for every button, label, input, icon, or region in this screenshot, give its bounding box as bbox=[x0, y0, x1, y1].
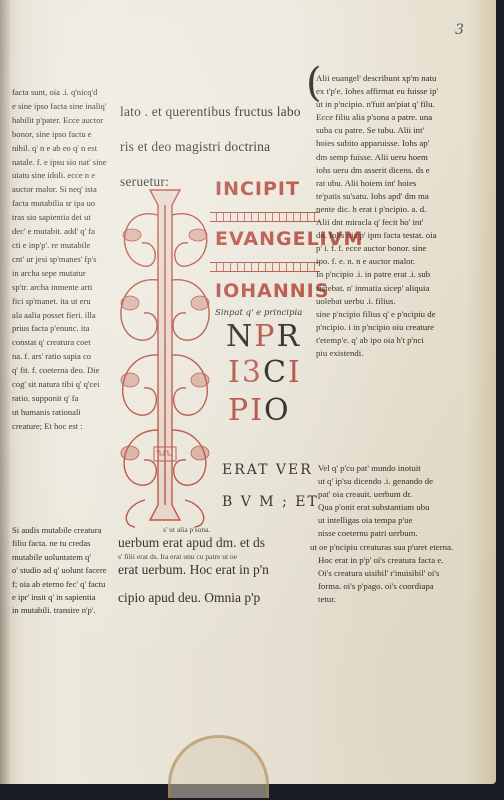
gloss-line: Ecce filiu alia p'sona a patre. una bbox=[316, 111, 492, 124]
gloss-line: piu existendi. bbox=[316, 347, 492, 360]
main-line: erat uerbum. Hoc erat in p'n bbox=[118, 561, 328, 579]
water-stain bbox=[168, 735, 269, 798]
gloss-line: te'patis su'satu. Iohs apd' dm ma bbox=[316, 190, 492, 203]
gloss-line: in archa sepe mutatur bbox=[12, 267, 116, 281]
capital-letter: P bbox=[254, 319, 276, 354]
manuscript-page: 3 facta sunt, oia .i. q'nicq'd e sine ip… bbox=[0, 0, 496, 784]
main-line: uerbum erat apud dm. et ds bbox=[118, 534, 328, 552]
decorative-band bbox=[210, 262, 320, 272]
gloss-line: forma. oi's p'pago. oi's coordiapa bbox=[318, 580, 494, 593]
gloss-line: ipo. f. e. n. n e auctor malor. bbox=[316, 255, 492, 268]
gloss-line: In p'ncipio .i. in patre erat .i. sub bbox=[316, 268, 492, 281]
gloss-line: Hoc erat in p'p' oi's creatura facta e. bbox=[318, 554, 494, 567]
gloss-line: hoies subito apparuisse. Iohs ap' bbox=[316, 137, 492, 150]
gloss-line: uolebat uerbu .i. filius. bbox=[316, 295, 492, 308]
gloss-line: facta mutabilia sr ipa uo bbox=[12, 197, 116, 211]
left-gloss-top: facta sunt, oia .i. q'nicq'd e sine ipso… bbox=[12, 86, 116, 434]
illuminated-initial-icon bbox=[110, 185, 220, 530]
gloss-line: ut in p'ncipio. n'fuit an'piat q' filu. bbox=[316, 98, 492, 111]
gloss-line: suba cu patre. Se tubu. Alii int' bbox=[316, 124, 492, 137]
gloss-line: o' studio ad q' uolunt facere bbox=[12, 564, 116, 577]
main-line: cipio apud deu. Omnia p'p bbox=[118, 589, 328, 607]
gloss-line: iohs ueru dm asserit dicens. ds e bbox=[316, 164, 492, 177]
gloss-line: t'etemp'e. q' ab ipo oia h't p'nci bbox=[316, 334, 492, 347]
interlinear-gloss: s' ut alia p'sona. bbox=[118, 525, 328, 534]
display-capitals-erat-ver: ERAT VER bbox=[222, 462, 313, 478]
capital-letter: I bbox=[228, 355, 242, 390]
gloss-line: ratio. supponit q' fa bbox=[12, 392, 116, 406]
gloss-line: ut humanis rationali bbox=[12, 406, 116, 420]
gloss-line: rat ubu. Alii hoiem int' hoies bbox=[316, 177, 492, 190]
capital-letter: I bbox=[288, 355, 302, 390]
gloss-line: prius facta p'enunc. ita bbox=[12, 322, 116, 336]
gloss-line: nisse coeternu patri uerbum. bbox=[318, 527, 494, 540]
rubric-iohannis: IOHANNIS bbox=[215, 280, 329, 302]
gloss-line: ut oe p'ncipiu creaturas sua p'uret eter… bbox=[310, 541, 494, 554]
binding-gutter bbox=[0, 0, 10, 784]
gloss-line: sine p'ncipio filius q' e p'ncipiu de bbox=[316, 308, 492, 321]
gloss-line: ex t'p'e. Iohes affirmat eu fuisse ip' bbox=[316, 85, 492, 98]
gloss-line: in mutabili. transire n'p'. bbox=[12, 604, 116, 617]
gloss-line: f; oia ab eterno fec' q' factu bbox=[12, 578, 116, 591]
gloss-line: auctor malor. Si neq' ista bbox=[12, 183, 116, 197]
gloss-line: sp'tr. archa inmente arti bbox=[12, 281, 116, 295]
gloss-line: nente dic. h erat i p'ncipio. a. d. bbox=[316, 203, 492, 216]
main-text-bottom: s' ut alia p'sona. uerbum erat apud dm. … bbox=[118, 525, 328, 607]
gloss-line: tetur. bbox=[318, 593, 494, 606]
gloss-line: bonor, sine ipso factu e bbox=[12, 128, 116, 142]
rubric-incipit: INCIPIT bbox=[215, 178, 300, 200]
gloss-line: filiu facta. ne tu credas bbox=[12, 537, 116, 550]
gloss-line: p'ncipio. i in p'ncipio oiu creature bbox=[316, 321, 492, 334]
capital-letter: R bbox=[276, 319, 301, 354]
gloss-line: Alii euangel' describunt xp'm natu bbox=[316, 72, 492, 85]
gloss-line: p' i. f. f. ecce auctor bonor. sine bbox=[316, 242, 492, 255]
display-capitals-row1: NPR bbox=[226, 318, 301, 356]
gloss-line: e ipr' insit q' in sapientia bbox=[12, 591, 116, 604]
gloss-line: ala aalia posset fieri. illa bbox=[12, 309, 116, 323]
gloss-line: na. f. ars' ratio sapia co bbox=[12, 350, 116, 364]
capital-letter: 3 bbox=[242, 355, 263, 390]
gloss-line: ut q' ip'su dicendo .i. genando de bbox=[318, 475, 494, 488]
capital-letter: I bbox=[250, 393, 264, 428]
main-line: ris et deo magistri doctrina bbox=[120, 129, 320, 164]
display-capitals-bum-et: B V M ; ET bbox=[222, 494, 319, 510]
gloss-line: uiatu sine idoli. ecce n e bbox=[12, 169, 116, 183]
gloss-line: Vel q' p'cu pat' mundo inotuit bbox=[318, 462, 494, 475]
capital-letter: C bbox=[263, 355, 288, 390]
capital-letter: N bbox=[226, 319, 254, 354]
gloss-line: sistebat. n' inmatia sicep' aliquia bbox=[316, 282, 492, 295]
gloss-line: dm semp fuisse. Alii ueru hoem bbox=[316, 151, 492, 164]
gloss-line: natale. f. e ipsu sio nat' sine bbox=[12, 156, 116, 170]
interlinear-note: Sinpat q' e principia bbox=[215, 308, 302, 318]
gloss-line: constat q' creatura coet bbox=[12, 336, 116, 350]
gloss-line: cnt' ur jesi sp'manes' fp's bbox=[12, 253, 116, 267]
folio-number: 3 bbox=[455, 22, 464, 38]
gloss-line: facta sunt, oia .i. q'nicq'd bbox=[12, 86, 116, 100]
gloss-line: Alii dnt miracla q' fecit ho' int' bbox=[316, 216, 492, 229]
right-gloss-bottom: Vel q' p'cu pat' mundo inotuit ut q' ip'… bbox=[318, 462, 494, 606]
gloss-line: Oi's creatura uisibil' r'inuisibil' oi's bbox=[318, 567, 494, 580]
gloss-line: dec' e mutabit. add' q' fa bbox=[12, 225, 116, 239]
interlinear-gloss: s' filii erat ds. Ita erat unu cu patre … bbox=[118, 552, 328, 561]
gloss-line: pat' oia creauit. uerbum dr. bbox=[318, 488, 494, 501]
capital-letter: P bbox=[228, 393, 250, 428]
gloss-line: tras sio sapientia dei ut bbox=[12, 211, 116, 225]
gloss-line: nihil. q' n e ab eo q' n est bbox=[12, 142, 116, 156]
gloss-line: q' fit. f. coeterna deo. Die bbox=[12, 364, 116, 378]
gloss-line: fici sp'manet. ita ut eru bbox=[12, 295, 116, 309]
display-capitals-row3: PIO bbox=[228, 392, 291, 430]
left-gloss-bottom: Si audis mutabile creatura filiu facta. … bbox=[12, 524, 116, 618]
gloss-line: Qua p'onit erat substantiam ubu bbox=[318, 501, 494, 514]
display-capitals-row2: IN3CI bbox=[228, 354, 302, 392]
gloss-line: cog' sit natura tibi q' q'cei bbox=[12, 378, 116, 392]
decorative-band bbox=[210, 212, 320, 222]
gloss-line: habilit p'pater. Ecce auctor bbox=[12, 114, 116, 128]
gloss-line: e sine ipso facta sine inaliq' bbox=[12, 100, 116, 114]
gloss-line: mutabile uoluntatem q' bbox=[12, 551, 116, 564]
right-gloss-top: Alii euangel' describunt xp'm natu ex t'… bbox=[316, 72, 492, 360]
gloss-line: do. Iohs oia p' ipm facta testat. oia bbox=[316, 229, 492, 242]
capital-letter: O bbox=[264, 393, 291, 428]
gloss-line: cti e inp'p'. re mutabile bbox=[12, 239, 116, 253]
main-line: lato . et querentibus fructus labo bbox=[120, 94, 320, 129]
gloss-line: ut intelligas oia tempa p'ue bbox=[318, 514, 494, 527]
gloss-line: Si audis mutabile creatura bbox=[12, 524, 116, 537]
gloss-line: creature; Et hoc est : bbox=[12, 420, 116, 434]
